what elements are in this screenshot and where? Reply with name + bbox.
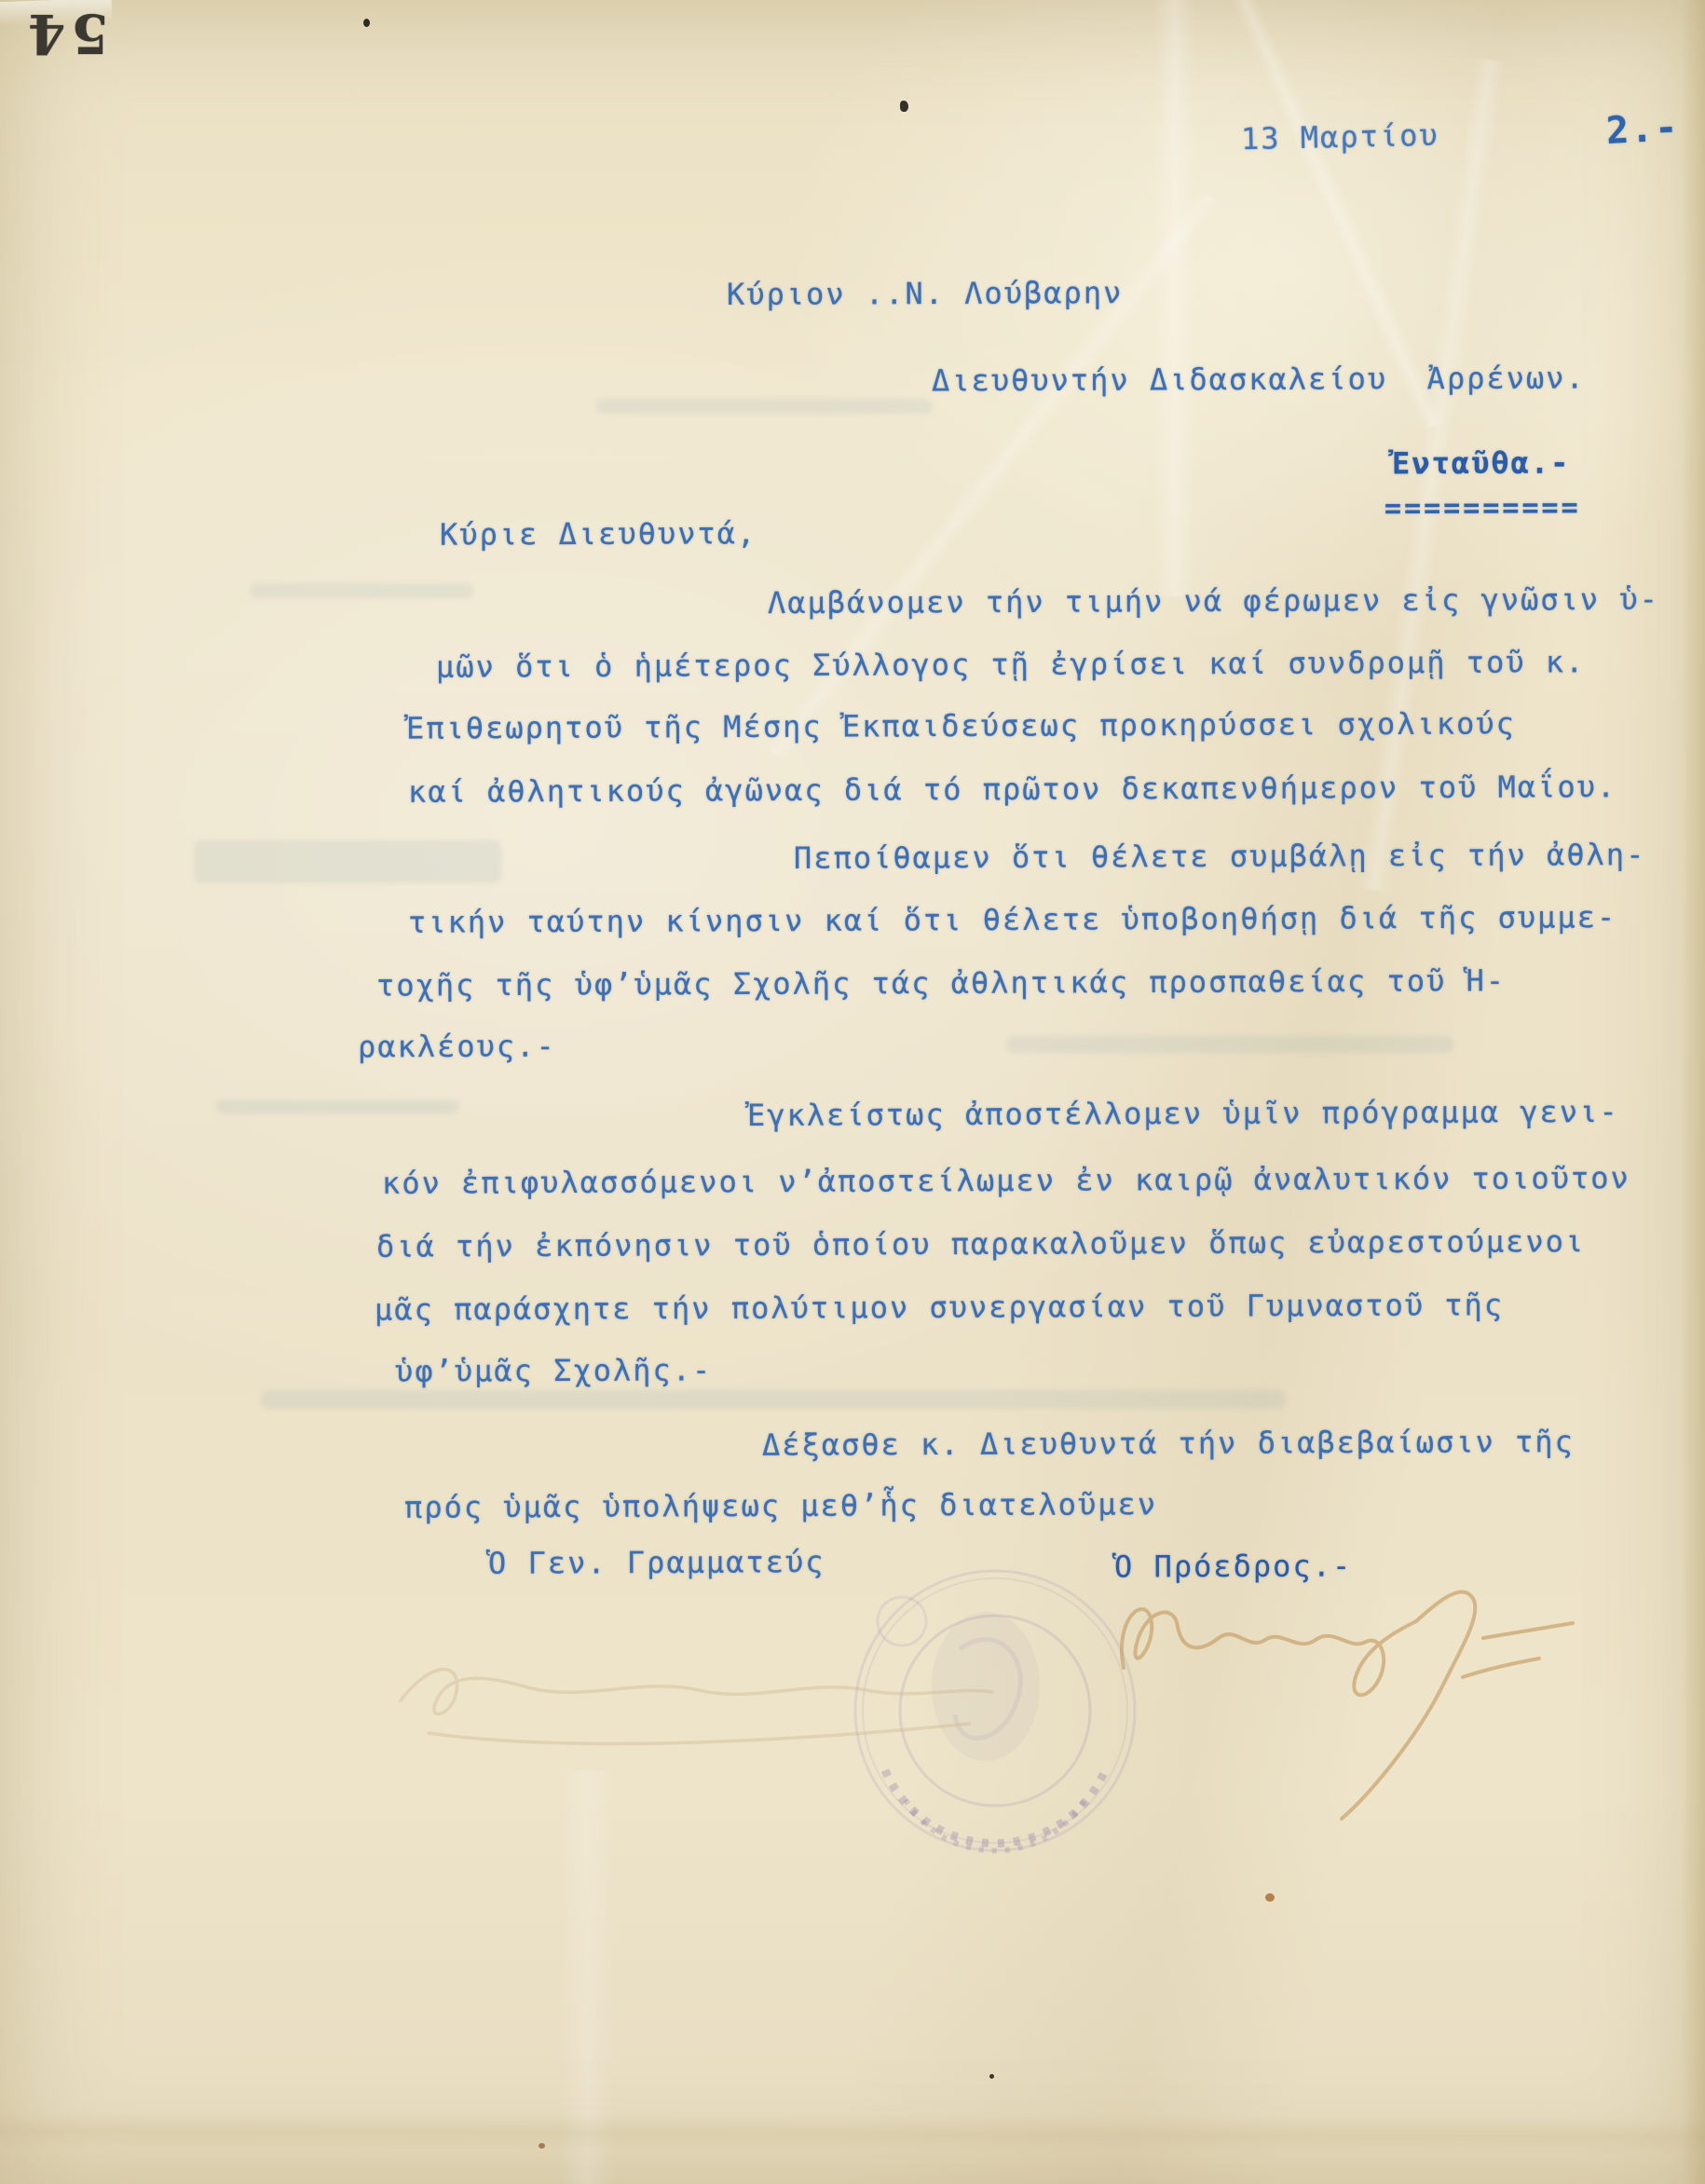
ink-bleed-smudge	[216, 1099, 458, 1114]
paper-crease	[0, 2112, 1705, 2155]
body-line: ὑφ’ὑμᾶς Σχολῆς.-	[395, 1352, 712, 1388]
body-line: διά τήν ἐκπόνησιν τοῦ ὁποίου παρακαλοῦμε…	[376, 1223, 1585, 1264]
page-reference: 2.-	[1605, 106, 1681, 153]
president-signature-label: Ὁ Πρόεδρος.-	[1114, 1548, 1352, 1584]
body-line: Ἐγκλείστως ἀποστέλλομεν ὑμῖν πρόγραμμα γ…	[747, 1094, 1619, 1133]
ink-bleed-smudge	[1006, 1036, 1453, 1053]
body-line: Πεποίθαμεν ὅτι θέλετε συμβάλῃ εἰς τήν ἀθ…	[794, 837, 1646, 876]
ink-speck	[363, 19, 370, 27]
ink-bleed-smudge	[261, 1390, 1286, 1409]
body-line: Ἐπιθεωρητοῦ τῆς Μέσης Ἐκπαιδεύσεως προκη…	[406, 705, 1516, 745]
body-line: ρακλέους.-	[358, 1029, 556, 1065]
ink-bleed-smudge	[596, 399, 932, 414]
body-line: καί ἀθλητικούς ἀγῶνας διά τό πρῶτον δεκα…	[408, 769, 1616, 810]
page-number-stamp: 54	[22, 2, 109, 65]
salutation: Κύριε Διευθυντά,	[440, 515, 757, 552]
circular-stamp	[820, 1537, 1174, 1901]
body-line: τοχῆς τῆς ὑφ’ὑμᾶς Σχολῆς τάς ἀθλητικάς π…	[376, 962, 1506, 1003]
secretary-signature-label: Ὁ Γεν. Γραμματεύς	[488, 1544, 825, 1581]
foxing-spot	[539, 2143, 545, 2149]
closing-line: πρός ὑμᾶς ὑπολήψεως μεθ’ἧς διατελοῦμεν	[404, 1486, 1157, 1525]
recipient-name: Κύριον ..Ν. Λούβαρην	[727, 275, 1123, 312]
body-line: μᾶς παράσχητε τήν πολύτιμον συνεργασίαν …	[375, 1287, 1504, 1327]
president-signature	[1062, 1565, 1603, 1845]
foxing-spot	[1265, 1893, 1275, 1902]
paper-crease	[1153, 0, 1196, 596]
body-line: Λαμβάνομεν τήν τιμήν νά φέρωμεν εἰς γνῶσ…	[768, 581, 1659, 621]
body-line: κόν ἐπιφυλασσόμενοι ν’ἀποστείλωμεν ἐν κα…	[382, 1160, 1630, 1201]
body-line: μῶν ὅτι ὁ ἡμέτερος Σύλλογος τῇ ἐγρίσει κ…	[436, 644, 1586, 684]
paper-edge-shadow	[1681, 0, 1705, 2184]
secretary-signature	[373, 1612, 1025, 1770]
body-line: τικήν ταύτην κίνησιν καί ὅτι θέλετε ὑποβ…	[408, 899, 1616, 940]
scanned-letter-page: 54 13 Μαρτίου 2.- Κύριον ..Ν. Λούβαρην Δ…	[0, 0, 1705, 2184]
recipient-title: Διευθυντήν Διδασκαλείου Ἀρρένων.	[932, 360, 1586, 398]
ink-speck	[900, 101, 908, 112]
ink-bleed-smudge	[250, 583, 473, 598]
recipient-underline: ==========	[1384, 492, 1581, 526]
ink-bleed-smudge	[194, 840, 501, 883]
date-text: 13 Μαρτίου	[1241, 117, 1439, 157]
paper-crease	[559, 1770, 615, 2184]
recipient-location: Ἐνταῦθα.-	[1392, 445, 1571, 482]
closing-line: Δέξασθε κ. Διευθυντά τήν διαβεβαίωσιν τῆ…	[762, 1424, 1575, 1463]
ink-speck	[989, 2074, 994, 2079]
